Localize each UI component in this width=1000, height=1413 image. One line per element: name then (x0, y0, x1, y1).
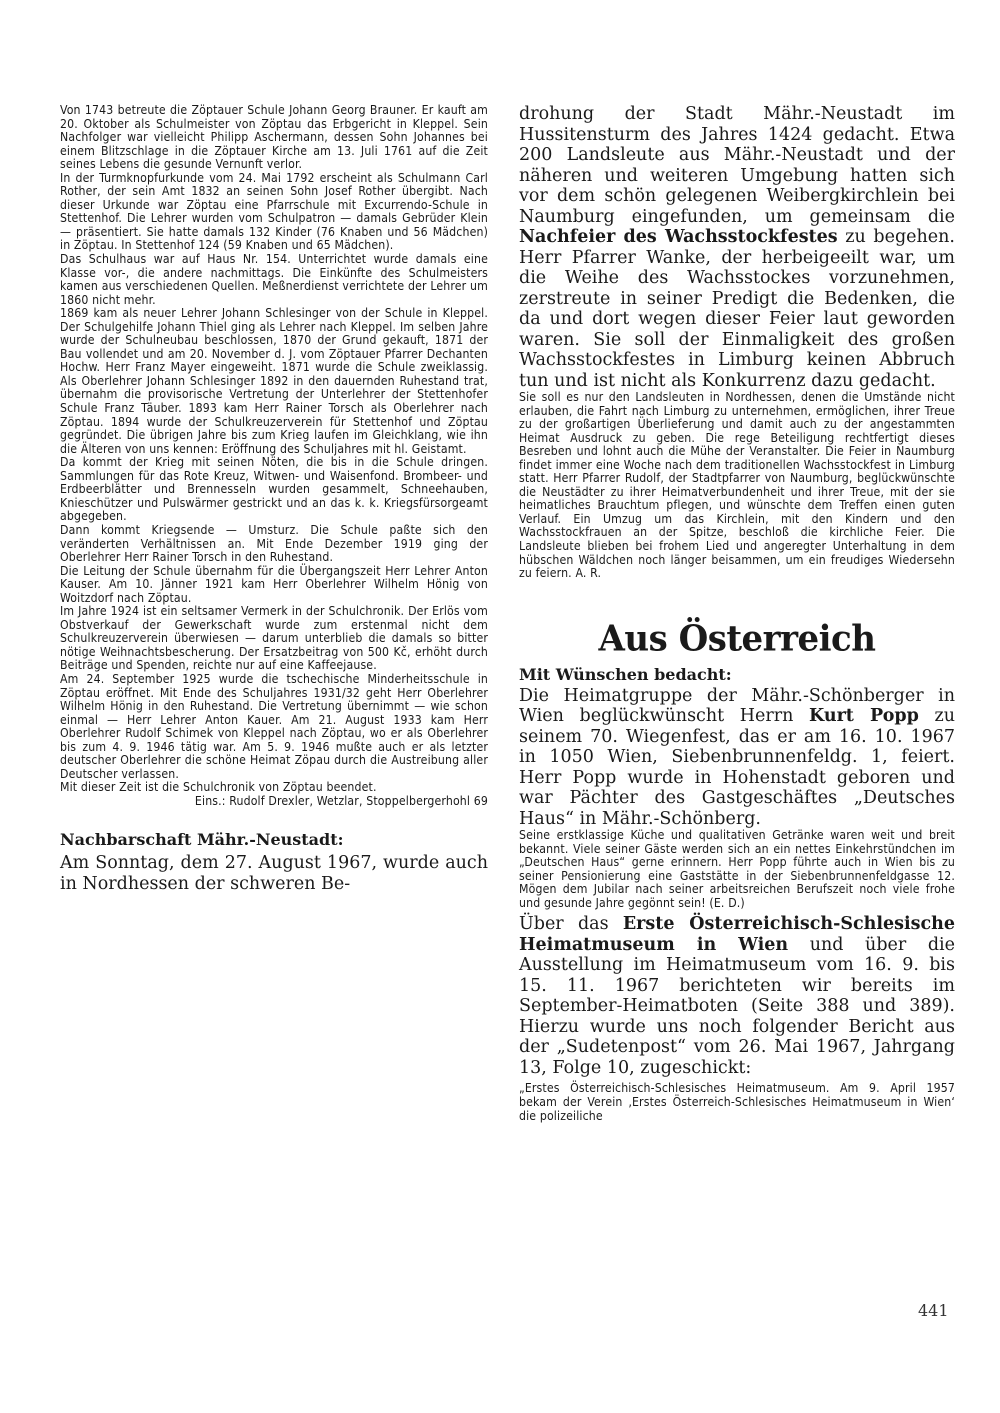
paragraph: drohung der Stadt Mähr.-Neustadt im Huss… (519, 104, 955, 391)
paragraph: Im Jahre 1924 ist ein seltsamer Vermerk … (60, 605, 488, 673)
popp-article: Die Heimatgruppe der Mähr.-Schönberger i… (519, 686, 955, 830)
paragraph: In der Turmknopfurkunde vom 24. Mai 1792… (60, 172, 488, 253)
text: und über die Ausstellung im Heimatmuseum… (519, 935, 955, 1078)
paragraph: Die Heimatgruppe der Mähr.-Schönberger i… (519, 686, 955, 830)
paragraph: Sie soll es nur den Landsleuten in Nordh… (519, 391, 955, 581)
paragraph: Das Schulhaus war auf Haus Nr. 154. Unte… (60, 253, 488, 307)
author-signature: Eins.: Rudolf Drexler, Wetzlar, Stoppelb… (60, 795, 488, 809)
neustadt-article-continuation: drohung der Stadt Mähr.-Neustadt im Huss… (519, 104, 955, 391)
paragraph: Über das Erste Österreichisch-Schlesisch… (519, 914, 955, 1078)
section-heading: Nachbarschaft Mähr.-Neustadt: (60, 830, 488, 849)
bold-phrase: Nachfeier des Wachsstockfestes (519, 227, 838, 247)
bold-name: Kurt Popp (809, 706, 919, 726)
paragraph: Dann kommt Kriegsende — Umsturz. Die Sch… (60, 524, 488, 565)
page-number: 441 (918, 1301, 949, 1320)
neustadt-article-intro: Am Sonntag, dem 27. August 1967, wurde a… (60, 853, 488, 894)
paragraph: 1869 kam als neuer Lehrer Johann Schlesi… (60, 307, 488, 456)
museum-article-small: „Erstes Österreichisch-Schlesisches Heim… (519, 1082, 955, 1123)
text: drohung der Stadt Mähr.-Neustadt im Huss… (519, 104, 955, 227)
paragraph: „Erstes Österreichisch-Schlesisches Heim… (519, 1082, 955, 1123)
subheading: Mit Wünschen bedacht: (519, 665, 955, 684)
right-column: drohung der Stadt Mähr.-Neustadt im Huss… (519, 104, 955, 1123)
text: Über das (519, 914, 623, 934)
paragraph: Die Leitung der Schule übernahm für die … (60, 565, 488, 606)
paragraph: Am Sonntag, dem 27. August 1967, wurde a… (60, 853, 488, 894)
section-title: Aus Österreich (519, 618, 955, 660)
paragraph: Von 1743 betreute die Zöptauer Schule Jo… (60, 104, 488, 172)
left-column: Von 1743 betreute die Zöptauer Schule Jo… (60, 104, 488, 894)
paragraph: Am 24. September 1925 wurde die tschechi… (60, 673, 488, 781)
school-chronicle-article: Von 1743 betreute die Zöptauer Schule Jo… (60, 104, 488, 808)
museum-article: Über das Erste Österreichisch-Schlesisch… (519, 914, 955, 1078)
paragraph: Mit dieser Zeit ist die Schulchronik von… (60, 781, 488, 795)
popp-article-small: Seine erstklassige Küche und qualitative… (519, 829, 955, 910)
section-title-block: Aus Österreich (519, 619, 955, 659)
text: zu begehen. Herr Pfarrer Wanke, der herb… (519, 227, 955, 391)
paragraph: Seine erstklassige Küche und qualitative… (519, 829, 955, 910)
paragraph: Da kommt der Krieg mit seinen Nöten, die… (60, 456, 488, 524)
neustadt-article-small: Sie soll es nur den Landsleuten in Nordh… (519, 391, 955, 581)
